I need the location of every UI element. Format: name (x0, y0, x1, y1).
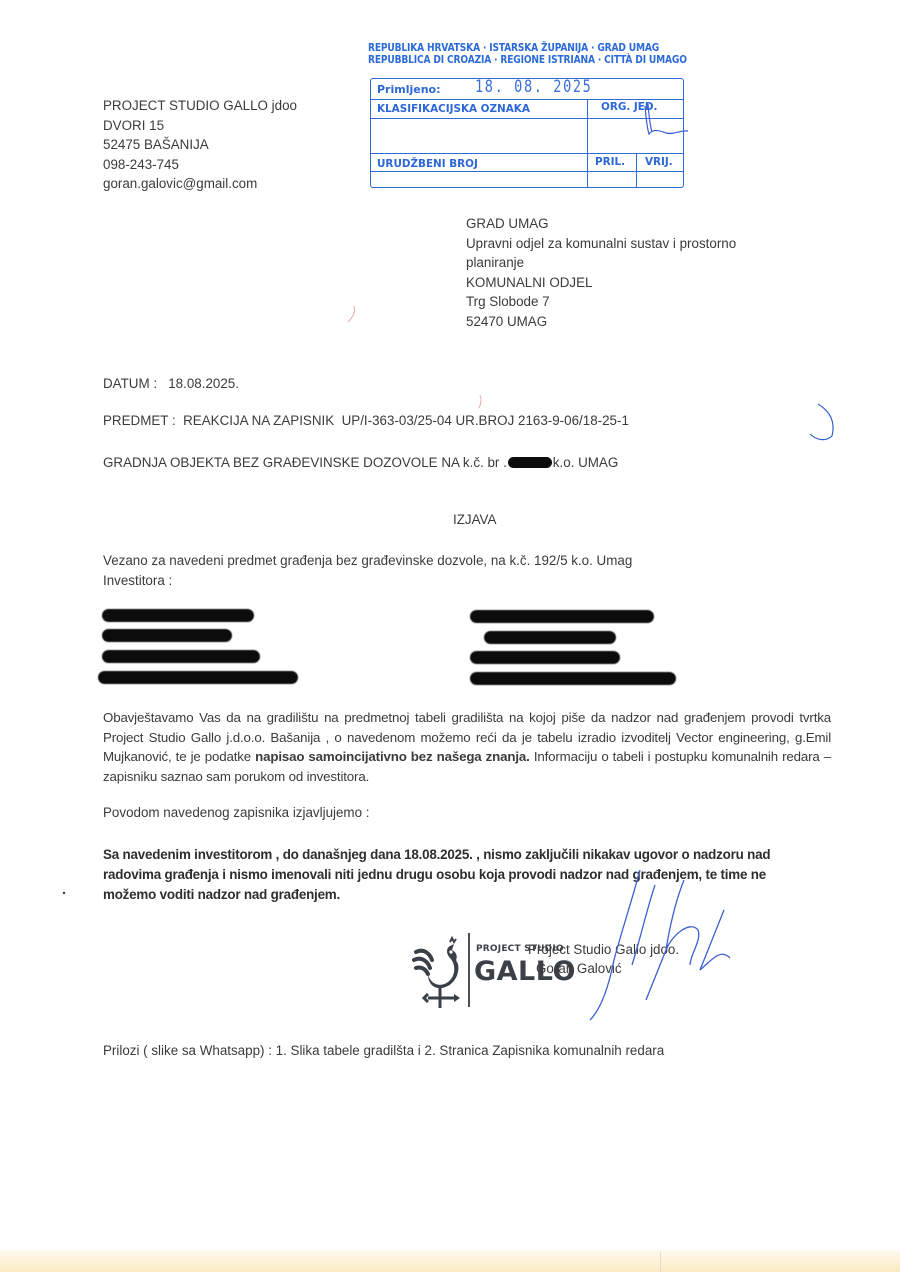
stamp-box: Primljeno: 18. 08. 2025 KLASIFIKACIJSKA … (370, 78, 684, 188)
faint-mark-icon (348, 306, 355, 322)
redacted-parcel-number (508, 457, 552, 468)
sender-street: DVORI 15 (103, 116, 297, 136)
reception-stamp: REPUBLIKA HRVATSKA · ISTARSKA ŽUPANIJA ·… (368, 42, 688, 66)
statement-title: IZJAVA (453, 510, 496, 530)
construction-prefix: GRADNJA OBJEKTA BEZ GRAĐEVINSKE DOZOVOLE… (103, 455, 507, 470)
recipient-address: GRAD UMAG Upravni odjel za komunalni sus… (466, 214, 736, 331)
classification-label: KLASIFIKACIJSKA OZNAKA (377, 103, 530, 115)
received-date: 18. 08. 2025 (475, 77, 592, 97)
date-line: DATUM : 18.08.2025. (103, 374, 239, 394)
sender-city: 52475 BAŠANIJA (103, 135, 297, 155)
construction-line: GRADNJA OBJEKTA BEZ GRAĐEVINSKE DOZOVOLE… (103, 453, 618, 473)
scan-edge (0, 1250, 900, 1272)
value-label: VRIJ. (645, 156, 673, 168)
statement-body: Sa navedenim investitorom , do današnjeg… (103, 845, 803, 905)
investor-label: Investitora : (103, 571, 632, 591)
construction-suffix: k.o. UMAG (553, 455, 618, 470)
signature-person: Goran Galović (536, 961, 622, 976)
stamp-header-hr: REPUBLIKA HRVATSKA · ISTARSKA ŽUPANIJA ·… (368, 42, 643, 54)
recipient-line: planiranje (466, 253, 736, 273)
org-unit-label: ORG. JED. (601, 101, 657, 113)
paragraph-notice: Obavještavamo Vas da na gradilištu na pr… (103, 708, 831, 786)
sender-phone: 098-243-745 (103, 155, 297, 175)
subject-line: PREDMET : REAKCIJA NA ZAPISNIK UP/I-363-… (103, 411, 629, 431)
margin-mark-icon (810, 404, 833, 440)
recipient-line: GRAD UMAG (466, 214, 736, 234)
attachments-line: Prilozi ( slike sa Whatsapp) : 1. Slika … (103, 1041, 664, 1061)
statement-intro: Povodom navedenog zapisnika izjavljujemo… (103, 803, 369, 823)
rooster-weathervane-icon (410, 934, 466, 1010)
registry-number-label: URUDŽBENI BROJ (377, 158, 478, 170)
recipient-line: Upravni odjel za komunalni sustav i pros… (466, 234, 736, 254)
received-label: Primljeno: (377, 83, 441, 96)
faint-mark-icon (479, 395, 481, 408)
intro-line: Vezano za navedeni predmet građenja bez … (103, 551, 632, 571)
sender-address: PROJECT STUDIO GALLO jdoo DVORI 15 52475… (103, 96, 297, 194)
recipient-line: KOMUNALNI ODJEL (466, 273, 736, 293)
attachments-label: PRIL. (595, 156, 625, 168)
recipient-line: 52470 UMAG (466, 312, 736, 332)
stamp-row-class-value (371, 119, 683, 151)
dot-mark-icon (63, 892, 65, 894)
intro: Vezano za navedeni predmet građenja bez … (103, 551, 632, 590)
signature-block: PROJECT STUDIO GALLO Project Studio Gall… (410, 930, 710, 1010)
notice-bold: napisao samoincijativno bez našega znanj… (255, 749, 530, 764)
signature-company: Project Studio Gallo jdoo. (528, 942, 679, 957)
logo-divider (468, 933, 470, 1007)
sender-email: goran.galovic@gmail.com (103, 174, 297, 194)
document-page: REPUBLIKA HRVATSKA · ISTARSKA ŽUPANIJA ·… (0, 0, 900, 1272)
sender-company: PROJECT STUDIO GALLO jdoo (103, 96, 297, 116)
recipient-line: Trg Slobode 7 (466, 292, 736, 312)
stamp-header-it: REPUBBLICA DI CROAZIA · REGIONE ISTRIANA… (368, 54, 643, 66)
